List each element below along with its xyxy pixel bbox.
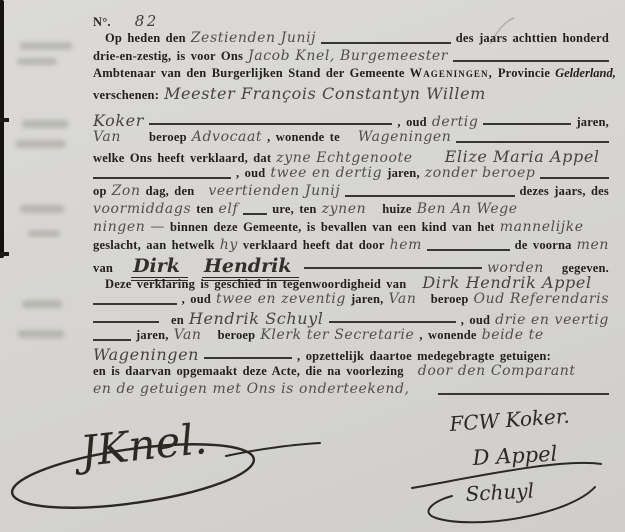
document-line: welke Ons heeft verklaard, datzyne Echtg… — [93, 147, 609, 165]
signature-witness-2: Schuyl — [465, 478, 535, 506]
document-line: Op heden denZestienden Junijdes jaars ac… — [93, 30, 609, 48]
document-line: verschenen:Meester François Constantyn W… — [93, 84, 609, 102]
fill-rule — [453, 60, 609, 62]
document-line: jaren,VanberoepKlerk ter Secretarie, won… — [93, 327, 609, 345]
printed-text: beroep — [149, 130, 187, 145]
handwritten-entry: voormiddags — [93, 201, 191, 217]
signature-flourish-appel — [412, 463, 601, 488]
printed-text: drie-en-zestig, is voor Ons — [93, 49, 243, 64]
document-line: ningen —binnen deze Gemeente, is bevalle… — [93, 219, 609, 237]
handwritten-entry: hem — [390, 237, 422, 253]
bleedthrough-mark — [28, 230, 60, 237]
fill-rule — [456, 141, 609, 143]
bleedthrough-mark — [20, 42, 72, 50]
handwritten-entry: Koker — [93, 111, 144, 130]
handwritten-entry: ningen — — [93, 219, 165, 235]
handwritten-entry: Dirk Hendrik Appel — [422, 273, 591, 292]
printed-text: Op heden den — [105, 31, 186, 46]
handwritten-entry: hy — [220, 237, 238, 253]
document-line: VanberoepAdvocaat, wonende teWageningen — [93, 129, 609, 147]
printed-text: ure, ten — [272, 202, 316, 217]
printed-text: dag, den — [146, 184, 195, 199]
fill-rule — [93, 177, 231, 179]
printed-text: des jaars achttien honderd — [456, 31, 609, 46]
scan-edge-strip — [0, 0, 4, 258]
signature-registrar: JKnel. — [70, 414, 209, 477]
printed-text: N°. — [93, 15, 111, 30]
printed-text: verklaard heeft dat door — [243, 238, 385, 253]
scan-edge-mark — [0, 118, 9, 122]
document-line: , oudtwee en dertigjaren,zonder beroep — [93, 165, 609, 183]
signature-flourish-schuyl — [428, 487, 595, 522]
bleedthrough-mark — [22, 120, 68, 128]
printed-text: Ambtenaar van den Burgerlijken Stand der… — [93, 66, 405, 81]
printed-text: en is daarvan opgemaakt deze Acte, die n… — [93, 364, 404, 379]
handwritten-entry: drie en veertig — [495, 312, 609, 328]
bleedthrough-mark — [18, 330, 64, 338]
handwritten-entry: door den Comparant — [418, 363, 576, 379]
handwritten-entry: twee en dertig — [270, 165, 382, 181]
fill-rule — [93, 321, 159, 323]
handwritten-entry: veertienden Junij — [208, 183, 340, 199]
document-line: enHendrik Schuyl, ouddrie en veertig — [93, 309, 609, 327]
printed-text: dezes jaars, des — [520, 184, 609, 199]
fill-rule — [540, 177, 609, 179]
printed-text: , oud — [182, 292, 211, 307]
printed-text: beroep — [431, 292, 469, 307]
handwritten-entry: Wageningen — [358, 129, 452, 145]
handwritten-entry: en de getuigen met Ons is onderteekend, — [93, 381, 410, 397]
province-name: Gelderland, — [555, 66, 616, 81]
document-line: en is daarvan opgemaakt deze Acte, die n… — [93, 363, 609, 381]
printed-text: , oud — [461, 313, 490, 328]
bleedthrough-mark — [16, 140, 66, 148]
handwritten-entry: dertig — [432, 114, 479, 130]
document-line: voormiddagstenelfure, tenzynenhuizeBen A… — [93, 201, 609, 219]
printed-text: Provincie — [498, 66, 550, 81]
handwritten-entry: zyne Echtgenoote — [276, 150, 412, 166]
document-lines: N°.82Op heden denZestienden Junijdes jaa… — [93, 12, 609, 399]
signature-underline-left — [226, 443, 320, 456]
handwritten-entry: Ben An Wege — [417, 201, 518, 217]
printed-text: verschenen: — [93, 88, 159, 103]
fill-rule — [304, 267, 481, 269]
handwritten-entry: Zestienden Junij — [191, 30, 316, 46]
printed-text: ten — [196, 202, 213, 217]
handwritten-entry: Meester François Constantyn Willem — [164, 84, 486, 103]
handwritten-entry: zonder beroep — [425, 165, 536, 181]
printed-text: jaren, — [576, 115, 609, 130]
document-line: geslacht, aan hetwelkhyverklaard heeft d… — [93, 237, 609, 255]
printed-text: van — [93, 261, 113, 276]
handwritten-entry: Klerk ter Secretarie — [260, 327, 414, 343]
fill-rule — [93, 339, 131, 341]
handwritten-entry: Van — [93, 129, 121, 145]
printed-text: jaren, — [387, 166, 420, 181]
fill-rule — [204, 357, 292, 359]
bleedthrough-mark — [22, 300, 62, 308]
handwritten-entry: mannelijke — [500, 219, 584, 235]
document-line: , oudtwee en zeventigjaren,VanberoepOud … — [93, 291, 609, 309]
printed-text: , wonende — [419, 328, 476, 343]
printed-text: , opzettelijk daartoe medegebragte getui… — [297, 349, 551, 364]
document-line: vanDirkHendrikwordengegeven. — [93, 255, 609, 273]
handwritten-entry: 82 — [135, 12, 159, 30]
document-line: opZondag, denveertienden Junijdezes jaar… — [93, 183, 609, 201]
handwritten-entry: Zon — [112, 183, 141, 199]
handwritten-entry: Oud Referendaris — [474, 291, 609, 307]
printed-text: beroep — [218, 328, 256, 343]
printed-text: binnen deze Gemeente, is bevallen van ee… — [170, 220, 495, 235]
printed-text: Deze verklaring is geschied in tegenwoor… — [105, 277, 406, 292]
handwritten-entry: Jacob Knel, Burgemeester — [248, 48, 448, 64]
printed-text: , oud — [397, 115, 426, 130]
printed-text: op — [93, 184, 107, 199]
printed-text: en — [171, 313, 184, 328]
handwritten-entry: Elize Maria Appel — [445, 147, 600, 166]
printed-text: welke Ons heeft verklaard, dat — [93, 151, 271, 166]
printed-text: jaren, — [136, 328, 169, 343]
fill-rule — [321, 42, 451, 44]
fill-rule — [483, 123, 571, 125]
signature-flourish-left — [8, 432, 257, 519]
fill-rule — [427, 249, 510, 251]
fill-rule — [438, 393, 609, 395]
printed-text: , wonende te — [267, 130, 340, 145]
signature-declarant: FCW Koker. — [448, 404, 571, 436]
handwritten-entry: Advocaat — [192, 129, 262, 145]
document-line: Koker, ouddertigjaren, — [93, 111, 609, 129]
printed-text: geslacht, aan hetwelk — [93, 238, 215, 253]
fill-rule — [93, 303, 177, 305]
printed-text: de voorna — [515, 238, 572, 253]
fill-rule — [329, 321, 456, 323]
document-line: drie-en-zestig, is voor OnsJacob Knel, B… — [93, 48, 609, 66]
printed-text: , oud — [236, 166, 265, 181]
scanned-birth-certificate: N°.82Op heden denZestienden Junijdes jaa… — [0, 0, 625, 532]
document-line: Ambtenaar van den Burgerlijken Stand der… — [93, 66, 609, 84]
printed-text: jaren, — [351, 292, 384, 307]
bleedthrough-mark — [17, 58, 57, 65]
handwritten-entry: Wageningen — [93, 345, 199, 364]
signatures-layer: JKnel. FCW Koker. D Appel Schuyl — [0, 388, 625, 532]
handwritten-entry: Hendrik Schuyl — [189, 309, 324, 328]
handwritten-entry: Van — [174, 327, 202, 343]
fill-rule — [149, 123, 392, 125]
document-line: N°.82 — [93, 12, 609, 30]
fill-rule — [243, 213, 267, 215]
handwritten-entry: men — [577, 237, 609, 253]
fill-rule — [345, 195, 514, 197]
handwritten-entry: Van — [389, 291, 417, 307]
signature-witness-1: D Appel — [471, 442, 558, 470]
document-line: en de getuigen met Ons is onderteekend, — [93, 381, 609, 399]
handwritten-entry: twee en zeventig — [216, 291, 346, 307]
bleedthrough-mark — [20, 205, 64, 213]
document-line: Wageningen, opzettelijk daartoe medegebr… — [93, 345, 609, 363]
handwritten-entry: elf — [219, 201, 239, 217]
scan-edge-mark — [0, 252, 9, 256]
printed-text: huize — [382, 202, 411, 217]
handwritten-entry: beide te — [482, 327, 544, 343]
gemeente-name: Wageningen, — [410, 66, 493, 81]
handwritten-entry: zynen — [322, 201, 367, 217]
